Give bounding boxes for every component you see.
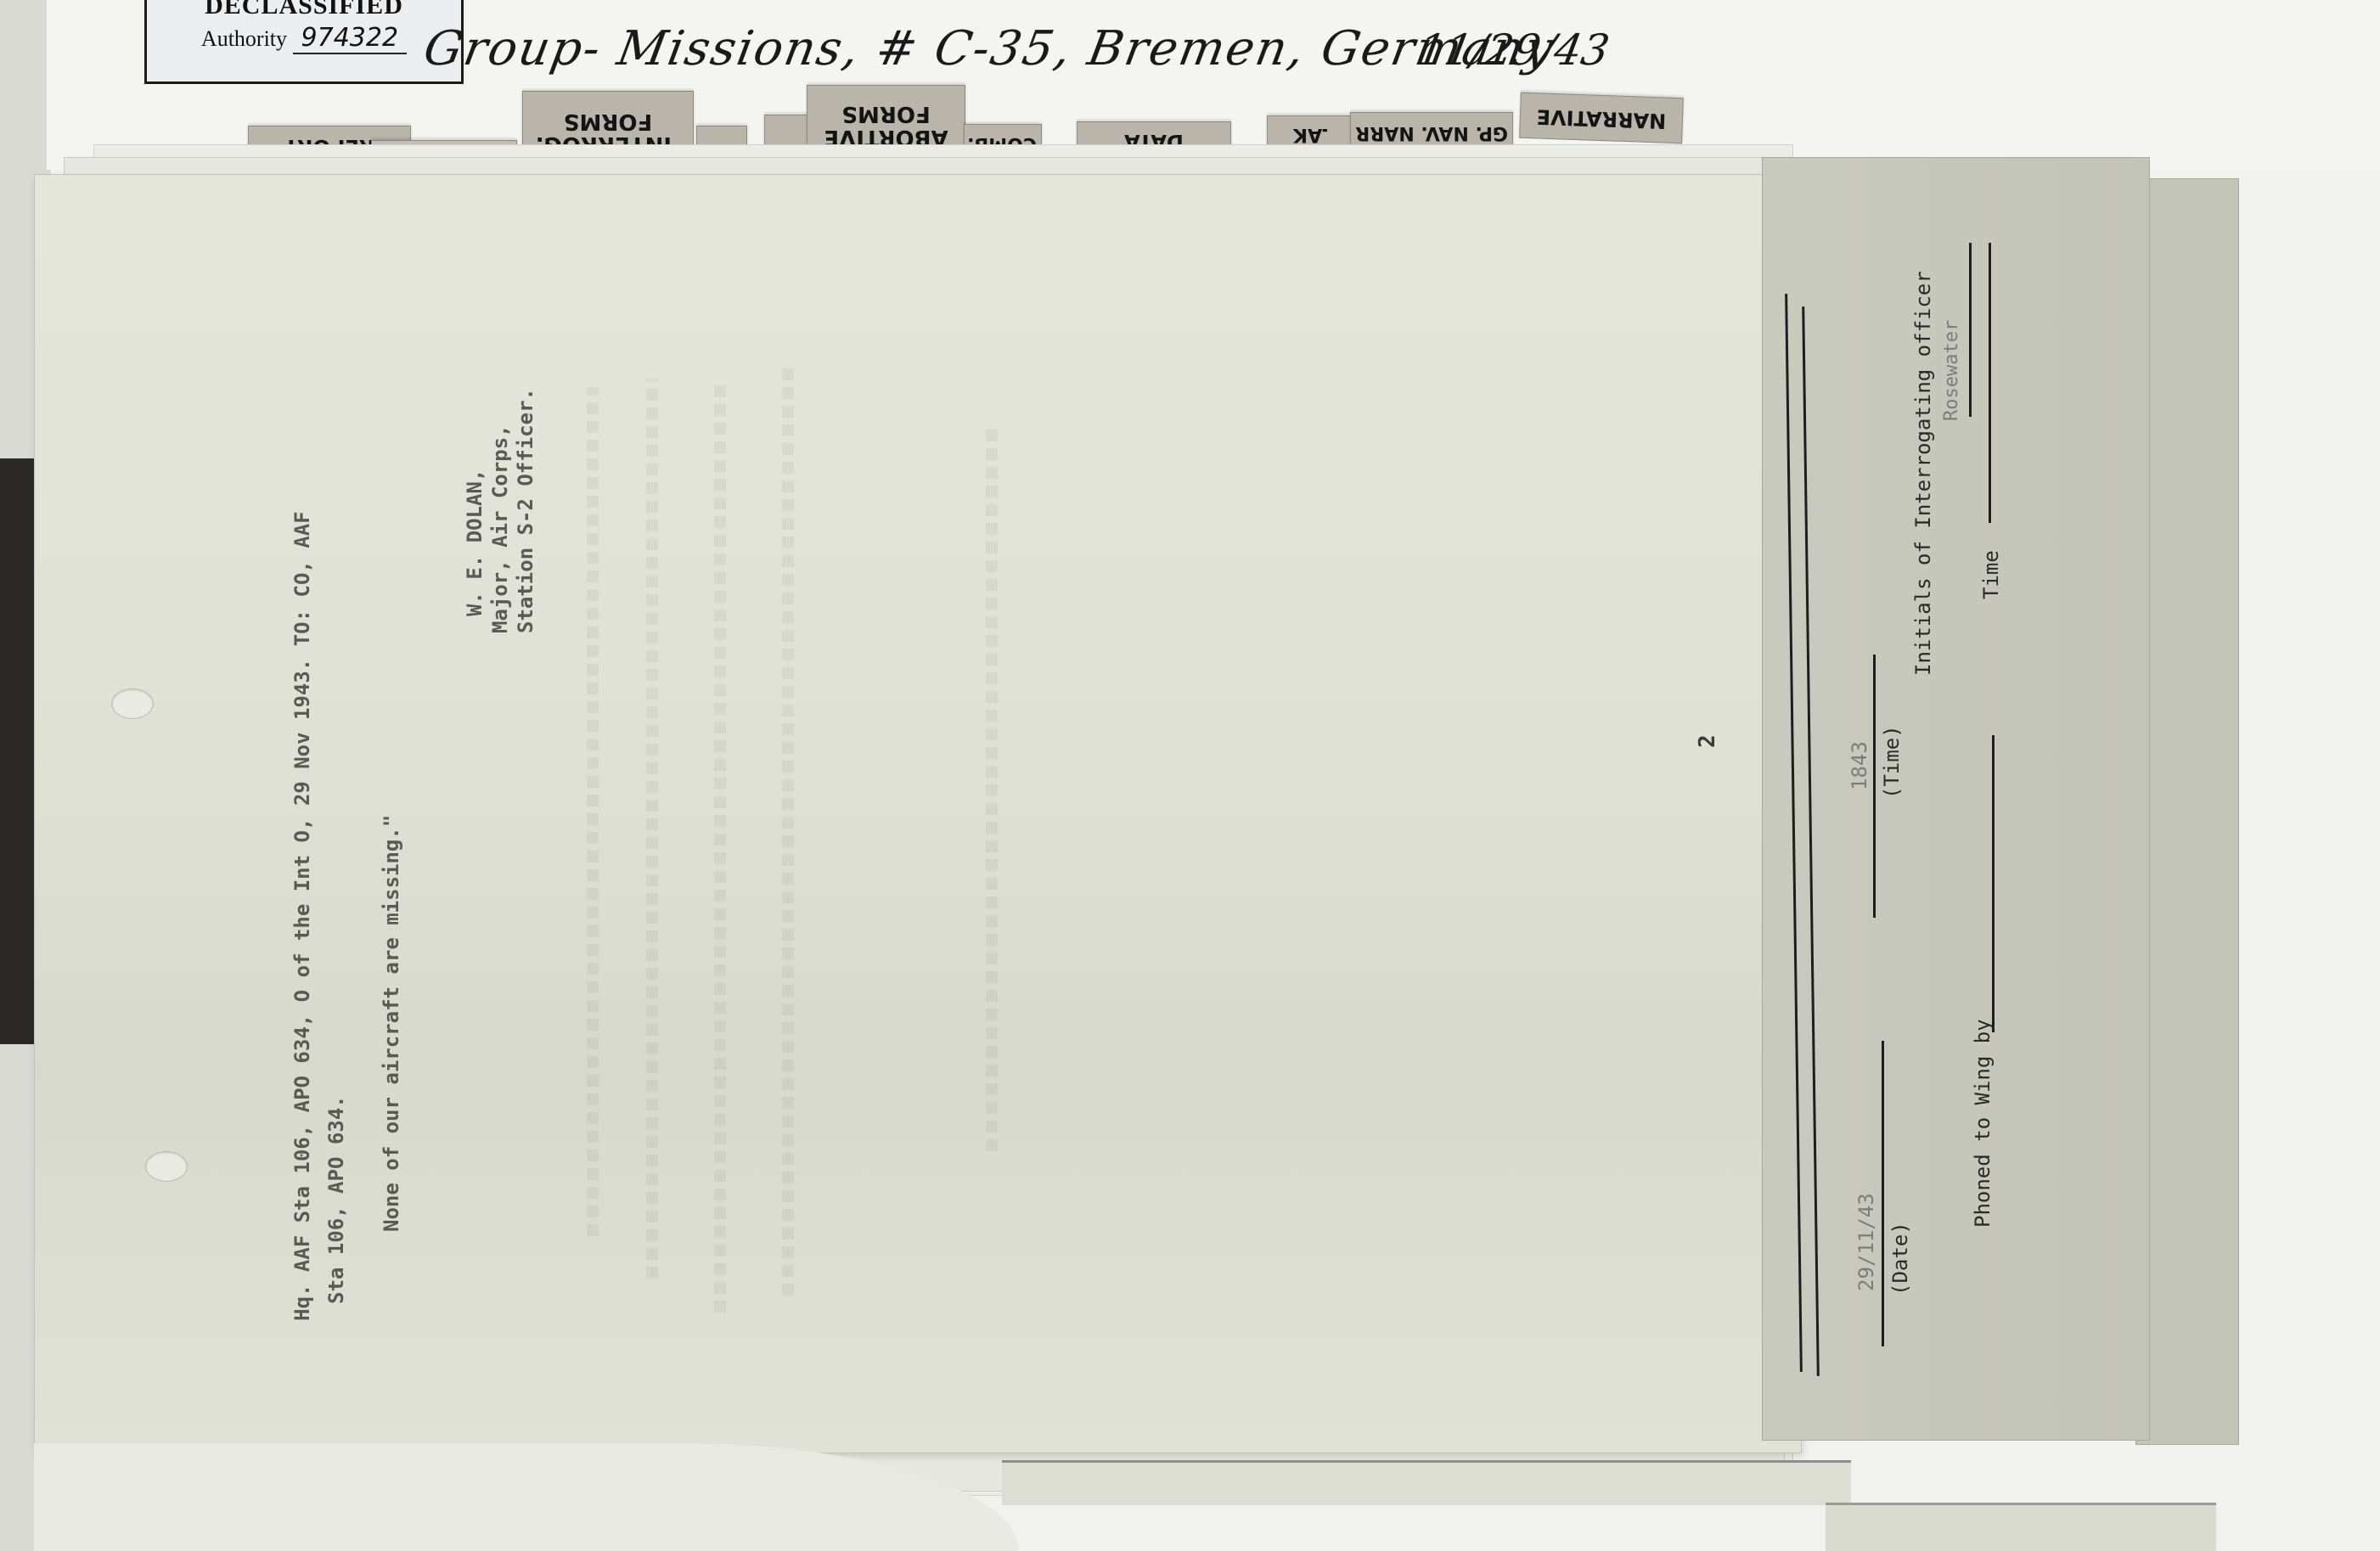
tab-label: GP. NAV. NARRATIVE	[1355, 122, 1508, 142]
initials-rule	[1969, 243, 1972, 417]
time-label: (Time)	[1880, 725, 1904, 799]
tab-label: FLAK	[1293, 124, 1327, 143]
phoned-label: Phoned to Wing by	[1971, 1019, 1995, 1228]
punch-hole	[111, 688, 154, 719]
punch-hole	[145, 1151, 188, 1182]
date-value: 29/11/43	[1854, 1193, 1878, 1291]
time-rule	[1873, 655, 1876, 918]
authority-label: Authority	[201, 26, 287, 51]
form-card-underlay-2	[2135, 178, 2239, 1445]
page-number: 2	[1695, 734, 1721, 748]
handwritten-folder-title: Group- Missions, # C-35, Bremen, Germany	[419, 21, 1558, 76]
message-body: None of our aircraft are missing."	[379, 815, 405, 1232]
bleed-through-text	[587, 387, 599, 1236]
interrogation-form-card: 29/11/43 (Date) 1843 (Time) Initials of …	[1762, 157, 2150, 1441]
bottom-sheet-edge-2	[1826, 1503, 2216, 1551]
authority-value: 974322	[293, 23, 408, 54]
initials-value: Rosewater	[1941, 320, 1962, 421]
signature-name: W. E. DOLAN,	[462, 469, 488, 616]
time-value: 1843	[1848, 741, 1871, 790]
phoned-rule[interactable]	[1992, 735, 1995, 1032]
handwritten-folder-date: 11/29/43	[1414, 25, 1613, 75]
form-rule	[1785, 294, 1803, 1372]
date-rule	[1882, 1041, 1884, 1346]
message-line-2: Sta 106, APO 634.	[324, 1095, 350, 1304]
bleed-through-text	[714, 379, 726, 1312]
initials-label: Initials of Interrogating officer	[1911, 271, 1935, 676]
bleed-through-text	[986, 430, 998, 1151]
document-page: Hq. AAF Sta 106, APO 634, O of the Int O…	[34, 174, 1802, 1453]
bleed-through-text	[782, 362, 794, 1295]
tab-narrative[interactable]: NARRATIVE	[1519, 93, 1684, 144]
tab-label: ABORTIVE FORMS	[823, 102, 950, 149]
declassified-stamp: DECLASSIFIED Authority 974322	[144, 0, 464, 84]
stamp-authority: Authority 974322	[147, 23, 461, 53]
message-line-1: Hq. AAF Sta 106, APO 634, O of the Int O…	[290, 511, 316, 1321]
signature-rank: Major, Air Corps,	[487, 424, 514, 633]
form-rule	[1802, 306, 1820, 1376]
time2-label: Time	[1979, 550, 2003, 599]
time2-rule[interactable]	[1989, 243, 1991, 523]
date-label: (Date)	[1888, 1222, 1912, 1295]
bleed-through-text	[646, 379, 658, 1278]
bottom-sheet-edge	[1002, 1460, 1851, 1505]
signature-title: Station S-2 Officer.	[513, 388, 539, 633]
tab-label: NARRATIVE	[1536, 105, 1666, 131]
stamp-heading: DECLASSIFIED	[147, 0, 461, 18]
